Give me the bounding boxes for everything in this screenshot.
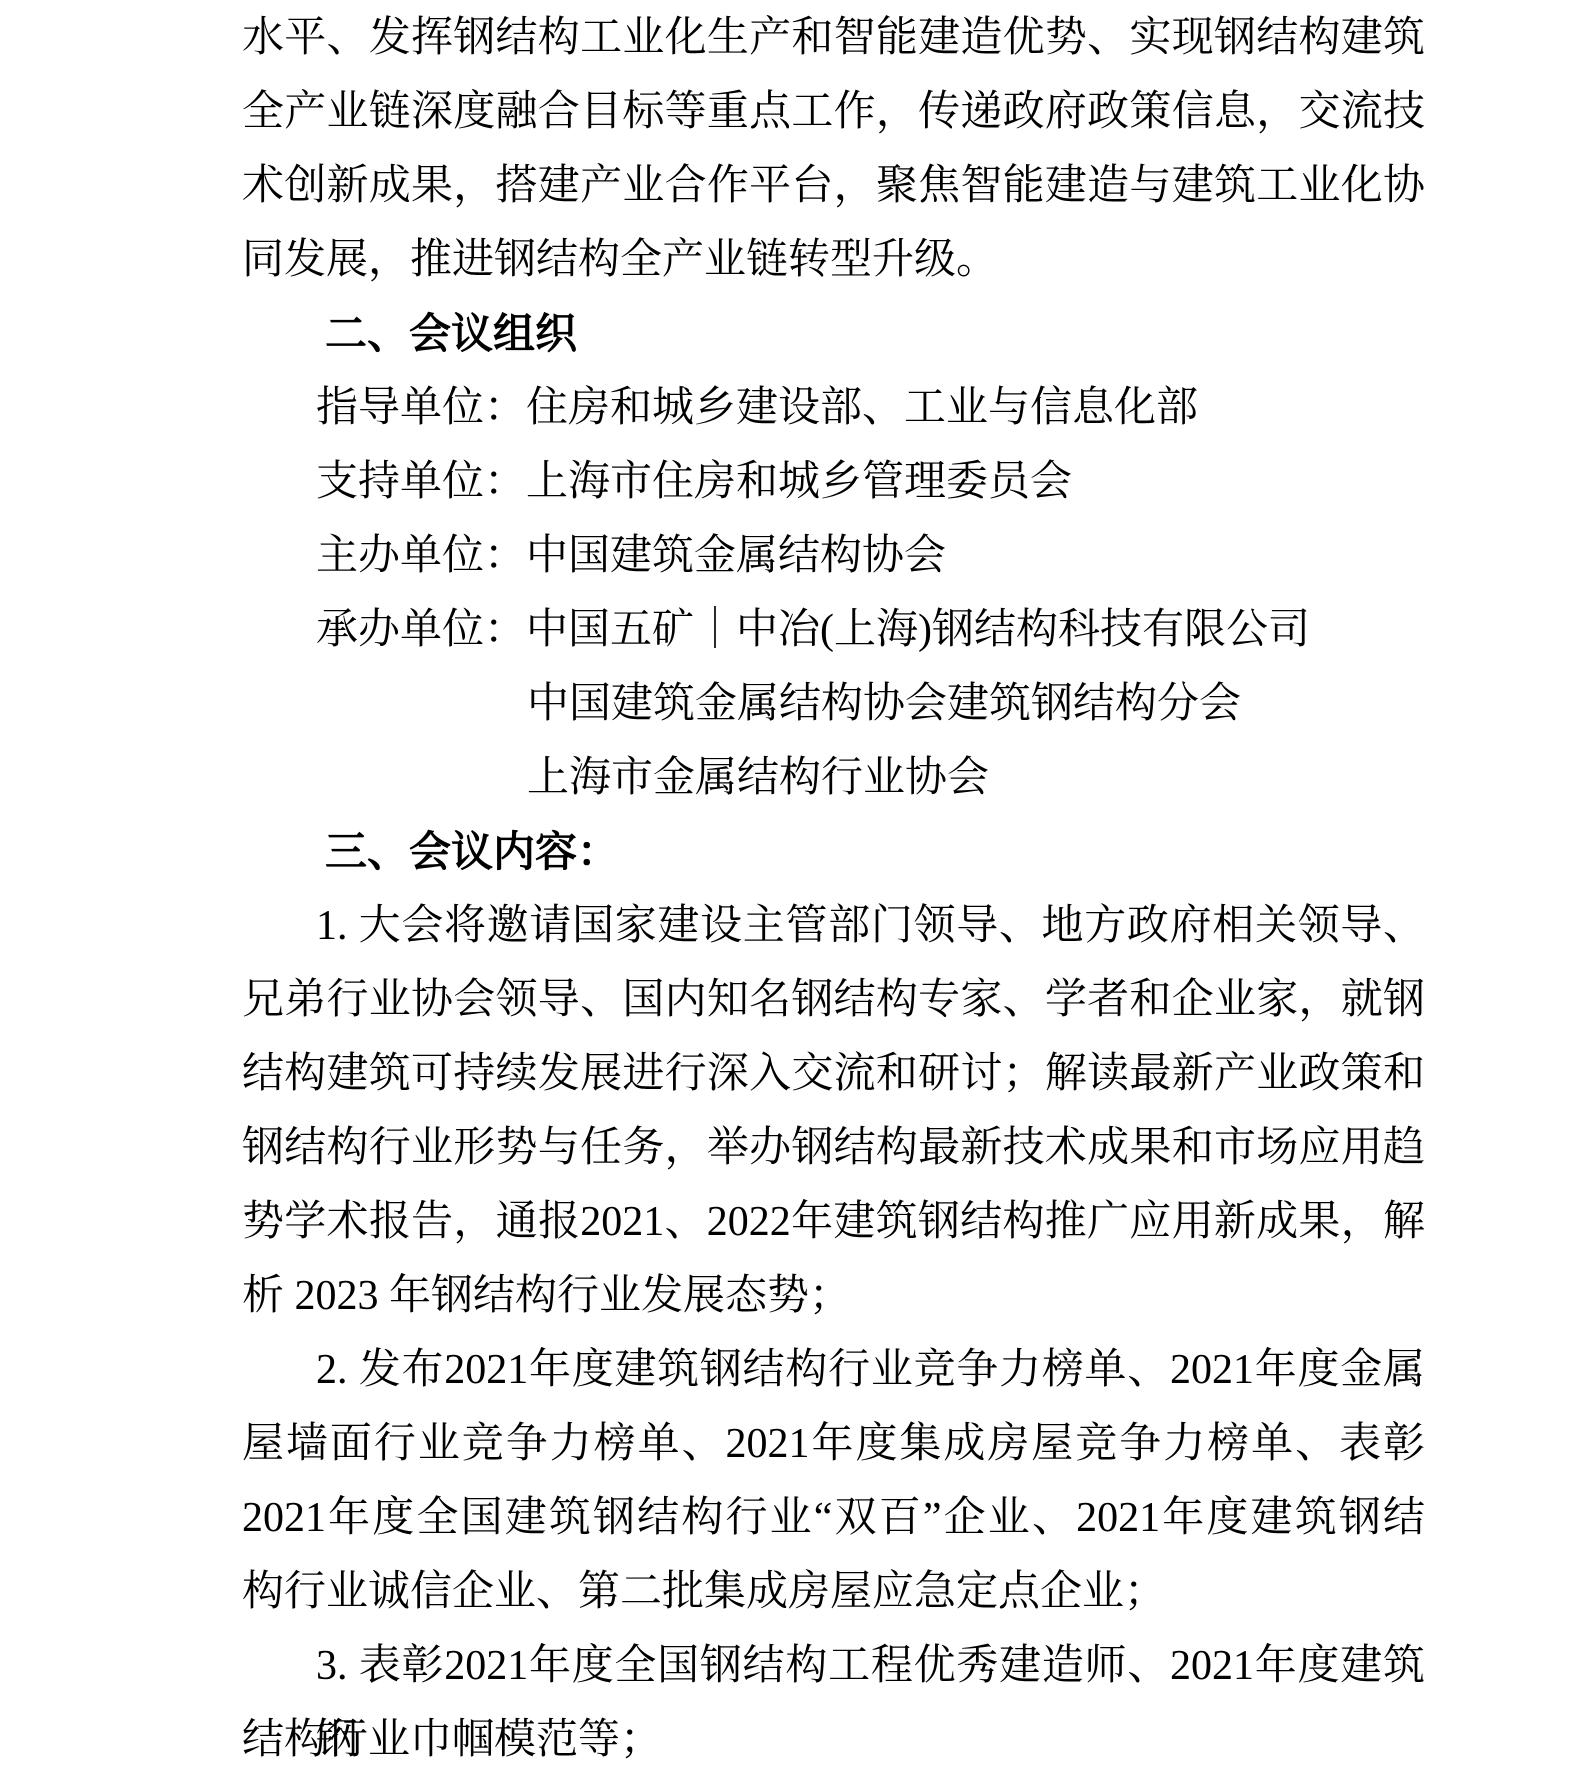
text-line: 支持单位：上海市住房和城乡管理委员会: [242, 445, 1425, 519]
text-line: 势学术报告，通报2021、2022年建筑钢结构推广应用新成果，解: [242, 1185, 1425, 1259]
text-line: 术创新成果，搭建产业合作平台，聚焦智能建造与建筑工业化协: [242, 149, 1425, 223]
text-line: 中国建筑金属结构协会建筑钢结构分会: [242, 667, 1425, 741]
text-line: 2. 发布2021年度建筑钢结构行业竞争力榜单、2021年度金属: [242, 1333, 1425, 1407]
document-page: 水平、发挥钢结构工业化生产和智能建造优势、实现钢结构建筑全产业链深度融合目标等重…: [0, 0, 1587, 1778]
text-line: 1. 大会将邀请国家建设主管部门领导、地方政府相关领导、: [242, 889, 1425, 963]
document-text-block: 水平、发挥钢结构工业化生产和智能建造优势、实现钢结构建筑全产业链深度融合目标等重…: [242, 1, 1425, 1777]
text-line: 兄弟行业协会领导、国内知名钢结构专家、学者和企业家，就钢: [242, 963, 1425, 1037]
text-line: 指导单位：住房和城乡建设部、工业与信息化部: [242, 371, 1425, 445]
text-line: 水平、发挥钢结构工业化生产和智能建造优势、实现钢结构建筑: [242, 1, 1425, 75]
text-line: 结构行业巾帼模范等；: [242, 1703, 1425, 1777]
text-line: 构行业诚信企业、第二批集成房屋应急定点企业；: [242, 1555, 1425, 1629]
text-line: 主办单位：中国建筑金属结构协会: [242, 519, 1425, 593]
text-line: 结构建筑可持续发展进行深入交流和研讨；解读最新产业政策和: [242, 1037, 1425, 1111]
text-line: 全产业链深度融合目标等重点工作，传递政府政策信息，交流技: [242, 75, 1425, 149]
text-line: 承办单位：中国五矿｜中冶(上海)钢结构科技有限公司: [242, 593, 1425, 667]
text-line: 同发展，推进钢结构全产业链转型升级。: [242, 223, 1425, 297]
text-line: 3. 表彰2021年度全国钢结构工程优秀建造师、2021年度建筑钢: [242, 1629, 1425, 1703]
text-line: 上海市金属结构行业协会: [242, 741, 1425, 815]
text-line: 钢结构行业形势与任务，举办钢结构最新技术成果和市场应用趋: [242, 1111, 1425, 1185]
text-line: 2021年度全国建筑钢结构行业“双百”企业、2021年度建筑钢结: [242, 1481, 1425, 1555]
text-line: 析 2023 年钢结构行业发展态势；: [242, 1259, 1425, 1333]
section-heading: 二、会议组织: [242, 297, 1425, 371]
section-heading: 三、会议内容：: [242, 815, 1425, 889]
text-line: 屋墙面行业竞争力榜单、2021年度集成房屋竞争力榜单、表彰: [242, 1407, 1425, 1481]
